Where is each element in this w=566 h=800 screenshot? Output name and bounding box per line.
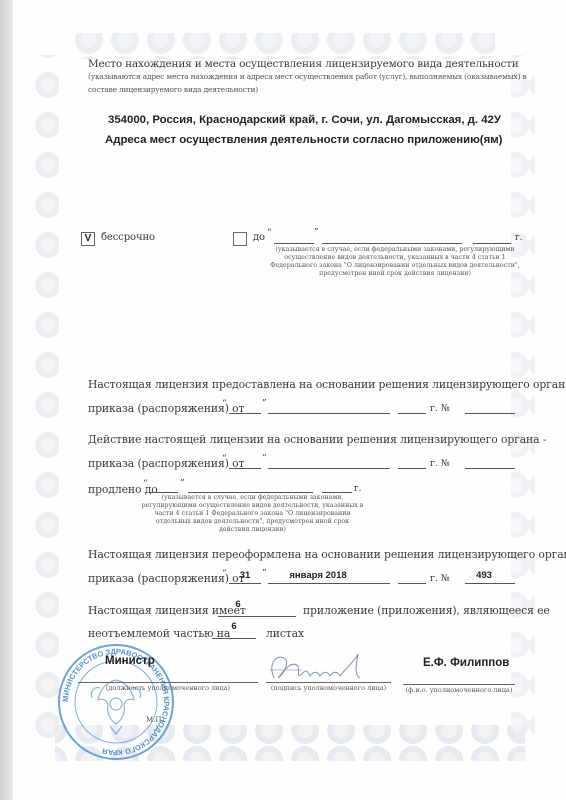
reissued-month-value: января 2018 [268, 570, 368, 581]
extended-year-field[interactable] [398, 468, 426, 469]
quote-open: “ [267, 228, 272, 238]
extended-month-field[interactable] [268, 468, 390, 469]
until-year-field[interactable] [473, 243, 511, 244]
appendix-count-value: 6 [218, 599, 258, 610]
address-locations-note: Адреса мест осуществления деятельности с… [105, 134, 502, 146]
granted-month-field[interactable] [268, 413, 390, 414]
appendix-count-field[interactable] [218, 616, 296, 617]
extended-order-prefix: приказа (распоряжения) от [88, 457, 244, 470]
granted-number-field[interactable] [465, 413, 515, 414]
address-line: 354000, Россия, Краснодарский край, г. С… [108, 114, 501, 126]
position-value: Министр [105, 655, 155, 667]
reissued-day-value: 31 [229, 570, 261, 581]
prolonged-day-field[interactable] [150, 492, 178, 493]
unlimited-checkbox[interactable]: V [81, 232, 95, 246]
prolonged-month-field[interactable] [188, 492, 313, 493]
until-checkbox[interactable] [233, 232, 247, 246]
appendix-sheets-prefix: неотъемлемой частью на [88, 627, 230, 640]
official-name: Е.Ф. Филиппов [423, 657, 509, 669]
prolonged-year-suffix: г. [354, 484, 361, 494]
extended-line1: Действие настоящей лицензии на основании… [88, 433, 546, 446]
signature-caption: (подпись уполномоченного лица) [266, 684, 391, 692]
extended-day-field[interactable] [229, 468, 261, 469]
reissued-number-value: 493 [465, 570, 503, 581]
until-year-suffix: г. [515, 233, 522, 243]
reissued-year-field[interactable] [398, 583, 426, 584]
granted-day-field[interactable] [229, 413, 261, 414]
appendix-suffix: приложение (приложения), являющееся ее [303, 604, 550, 617]
appendix-sheets-suffix: листах [266, 627, 304, 640]
stamp-place-mark: М.П. [146, 716, 164, 724]
reissued-month-field[interactable] [268, 583, 390, 584]
reissued-line1: Настоящая лицензия переоформлена на осно… [88, 548, 566, 561]
name-caption: (ф.и.о. уполномоченного лица) [403, 686, 515, 694]
quote-close: ” [314, 228, 319, 238]
location-header-note: (указываются адрес места нахождения и ад… [88, 72, 527, 94]
appendix-sheets-field[interactable] [212, 638, 256, 639]
reissued-number-label: г. № [430, 573, 450, 584]
granted-year-field[interactable] [398, 413, 426, 414]
until-day-field[interactable] [274, 243, 314, 244]
granted-order-prefix: приказа (распоряжения) от [88, 402, 244, 415]
prolonged-year-field[interactable] [322, 492, 352, 493]
until-label: до [253, 232, 265, 243]
location-header: Место нахождения и места осуществления л… [88, 58, 536, 96]
reissued-number-field[interactable] [465, 583, 515, 584]
appendix-sheets-value: 6 [212, 621, 256, 632]
signature-field[interactable] [266, 682, 391, 683]
granted-line1: Настоящая лицензия предоставлена на осно… [88, 378, 566, 391]
until-note: (указывается в случае, если федеральными… [265, 246, 525, 278]
name-field[interactable] [403, 684, 515, 685]
granted-number-label: г. № [430, 403, 450, 414]
until-month-field[interactable] [322, 243, 462, 244]
unlimited-label: бессрочно [101, 232, 155, 243]
prolonged-note: (указывается в случае, если федеральными… [140, 494, 365, 534]
location-header-title: Место нахождения и места осуществления л… [88, 58, 519, 70]
position-field[interactable] [78, 682, 258, 683]
extended-number-field[interactable] [465, 468, 515, 469]
position-caption: (должность уполномоченного лица) [78, 684, 258, 692]
extended-number-label: г. № [430, 458, 450, 469]
reissued-day-field[interactable] [229, 583, 261, 584]
scan-edge [0, 0, 13, 800]
reissued-order-prefix: приказа (распоряжения) от [88, 572, 244, 585]
